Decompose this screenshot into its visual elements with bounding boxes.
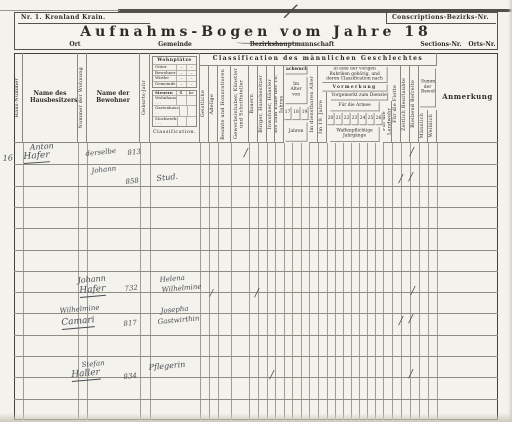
col-bewohner: Name der Bewohner <box>87 53 140 143</box>
steuern-box: Steuern fl. kr. Wohnhaus . . . Gartenhau… <box>152 90 197 127</box>
classification-footer: Classification. <box>150 130 199 136</box>
year-26: 26 <box>376 116 382 121</box>
body-row-line <box>14 207 498 208</box>
years-footer: Waffenpflichtige Jahrgänge <box>330 127 379 142</box>
form-number: Nr. 1. <box>21 14 42 21</box>
dash-value: – <box>186 82 196 87</box>
body-column-line <box>267 143 268 420</box>
blank-cell <box>177 117 187 126</box>
body-column-line <box>292 143 293 420</box>
body-row-line <box>14 164 498 165</box>
blank-cell <box>176 96 186 105</box>
blank-cell <box>186 117 196 126</box>
armee-year-24: 24 <box>359 113 366 125</box>
body-row-line <box>14 399 498 400</box>
body-row-line <box>14 271 498 272</box>
anmerkung-label: Anmerkung <box>442 93 493 101</box>
im-19-jahre-label: Im 19. Jahre <box>319 100 324 134</box>
haus-nummer-label: Haus-Nummer <box>15 78 20 117</box>
body-column-line <box>437 143 438 420</box>
body-row-line <box>14 250 498 251</box>
scan-top-streak-light <box>0 10 120 11</box>
summe-title-label: Summe der Bewohner <box>421 80 434 95</box>
befreite-label: Bleibend Befreite <box>411 80 416 128</box>
header-divider <box>386 12 387 24</box>
body-column-line <box>209 143 210 420</box>
body-column-line <box>87 143 88 420</box>
col-weiblich: Weiblich <box>428 110 437 143</box>
body-column-line <box>419 143 420 420</box>
body-column-line <box>327 143 328 420</box>
body-column-line <box>359 143 360 420</box>
wohnung-nummer-label: Nummer der Wohnung <box>79 67 84 129</box>
blank-cell <box>187 106 196 115</box>
armee-label: Für die Armee <box>338 104 370 109</box>
body-column-line <box>218 143 219 420</box>
body-column-line <box>392 143 393 420</box>
col-geburtsjahr: Geburts-Jahr <box>140 53 150 143</box>
vorgemerkt-header: Vorgemerkt zum Dienste <box>331 93 388 101</box>
armee-header: Für die Armee <box>330 102 379 112</box>
beurlaubte-label: Zeitlich Beurlaubte <box>402 78 407 131</box>
col-inwohner: Inwohner, Häusler <box>267 66 275 143</box>
year-23: 23 <box>352 116 358 121</box>
field-gemeinde: Gemeinde <box>140 41 210 48</box>
gewerbsinhaber-label: Gewerbsinhaber, Künstler und Schriftstel… <box>234 66 245 142</box>
col-gewerbsinhaber: Gewerbsinhaber, Künstler und Schriftstel… <box>231 66 249 143</box>
bauern-label: Bauern <box>250 94 255 114</box>
year-18: 18 <box>293 111 299 116</box>
body-row-line <box>14 377 498 378</box>
armee-year-20: 20 <box>327 113 334 125</box>
armee-year-25: 25 <box>367 113 374 125</box>
buerger-label: Bürger, Hausbesitzer <box>259 75 264 133</box>
scanned-census-form: Nr. 1. Kronland Krain. Conscriptions-Bez… <box>0 0 512 422</box>
body-column-line <box>200 143 201 420</box>
body-column-line <box>140 143 141 420</box>
inwohner-label: Inwohner, Häusler <box>268 79 273 129</box>
col-buerger: Bürger, Hausbesitzer <box>258 66 267 143</box>
field-ort: Ort <box>55 41 95 48</box>
col-landwehr: Für die Landwehr <box>383 101 392 143</box>
body-row-line <box>14 228 498 229</box>
landwehr-label: Für die Landwehr <box>383 101 392 142</box>
body-row-line <box>14 313 498 314</box>
col-beurlaubte: Zeitlich Beurlaubte <box>401 66 410 143</box>
body-column-line <box>78 143 79 420</box>
nachwuchs-unit: Jahren <box>286 122 308 141</box>
nachwuchs-sub: Im Alter von <box>286 77 308 104</box>
crownland-label: Kronland Krain. <box>45 14 106 21</box>
wohnplaetze-title: Wohnplätze <box>153 57 196 64</box>
body-column-line <box>231 143 232 420</box>
dash-value: – <box>176 82 186 87</box>
col-haus-nummer: Haus-Nummer <box>14 53 23 143</box>
col-beamte: Beamte und Honoratioren <box>218 66 231 143</box>
year-21: 21 <box>336 116 342 121</box>
body-column-line <box>383 143 384 420</box>
body-column-line <box>367 143 368 420</box>
steuern-row-label: Wohnhaus . . . <box>153 96 176 105</box>
nachwuchs-sub-label: Im Alter von <box>289 82 303 97</box>
body-row-line <box>14 292 498 293</box>
handwritten-entry: 16 <box>2 153 13 163</box>
beamte-label: Beamte und Honoratioren <box>221 69 226 140</box>
page-edge-right <box>508 0 512 422</box>
form-title: Aufnahms-Bogen vom Jahre 18 <box>14 24 498 40</box>
nachwuchs-title-label: Nachwuchs <box>286 68 308 73</box>
body-column-line <box>335 143 336 420</box>
year-22: 22 <box>344 116 350 121</box>
year-25: 25 <box>368 116 374 121</box>
geistliche-label: Geistliche <box>201 90 206 117</box>
body-row-line <box>14 186 498 187</box>
years-footer-label: Waffenpflichtige Jahrgänge <box>333 129 377 139</box>
vormerkung-line2-label: Vormerkung <box>333 85 377 90</box>
bis-16-label: Bis zum Ende des 16. Jahres <box>275 66 284 142</box>
page-edge-bottom <box>0 413 512 422</box>
steuern-row-label: Stockwerk . . . <box>153 117 177 126</box>
vormerkung-line1-label: In eine der vorigen Rubriken gehörig, un… <box>324 67 386 82</box>
fl-col-label: fl. <box>176 91 186 96</box>
body-column-line <box>258 143 259 420</box>
body-column-line <box>301 143 302 420</box>
hausbesitzer-label: Name des Hausbesitzers <box>30 91 70 105</box>
body-column-line <box>249 143 250 420</box>
wohnplaetze-box: Wohnplätze Güter–– Bewohner–– Wirthe–– G… <box>152 56 197 88</box>
blank-cell <box>179 106 188 115</box>
col-flotte: Für die Flotte <box>392 66 401 143</box>
armee-year-26: 26 <box>375 113 382 125</box>
geburtsjahr-label: Geburts-Jahr <box>142 80 147 115</box>
flotte-label: Für die Flotte <box>393 85 398 123</box>
classification-header: Classification des männlichen Geschlecht… <box>200 53 437 66</box>
body-column-line <box>428 143 429 420</box>
col-bauern: Bauern <box>249 66 258 143</box>
adelige-label: Adelige <box>210 94 215 115</box>
maennlich-label: Männlich <box>420 113 425 138</box>
col-wohnung-nummer: Nummer der Wohnung <box>78 53 87 143</box>
body-column-line <box>410 143 411 420</box>
table-body-grid <box>14 143 498 420</box>
summe-title: Summe der Bewohner <box>420 69 436 108</box>
body-column-line <box>401 143 402 420</box>
conscription-district-label: Conscriptions-Bezirks-Nr. <box>392 14 489 21</box>
body-row-line <box>14 335 498 336</box>
vormerkung-line2: Vormerkung <box>322 84 387 91</box>
vormerkung-line1: In eine der vorigen Rubriken gehörig, un… <box>322 67 387 83</box>
body-column-line <box>375 143 376 420</box>
body-column-line <box>23 143 24 420</box>
col-adelige: Adelige <box>209 66 218 143</box>
col-tauglich: Im dienstbaren Alter <box>309 66 318 143</box>
vorgemerkt-label: Vorgemerkt zum Dienste <box>331 94 386 99</box>
tauglich-label: Im dienstbaren Alter <box>310 76 315 133</box>
armee-year-22: 22 <box>343 113 350 125</box>
body-column-line <box>309 143 310 420</box>
col-infobox: Wohnplätze Güter–– Bewohner–– Wirthe–– G… <box>150 53 200 143</box>
col-geistliche: Geistliche <box>200 66 209 143</box>
year-20: 20 <box>328 116 334 121</box>
body-column-line <box>150 143 151 420</box>
wohnplaetze-row-label: Gemeinde <box>153 82 176 87</box>
nachwuchs-year-18: 18 <box>293 107 301 120</box>
col-bis-16: Bis zum Ende des 16. Jahres <box>275 66 284 143</box>
body-column-line <box>275 143 276 420</box>
bewohner-label: Name der Bewohner <box>96 91 130 105</box>
armee-year-21: 21 <box>335 113 342 125</box>
field-bezirkshauptmannschaft: Bezirkshauptmannschaft <box>232 41 352 48</box>
blank-cell <box>186 96 196 105</box>
year-19: 19 <box>302 111 308 116</box>
kr-col-label: kr. <box>186 91 196 96</box>
nachwuchs-title: Nachwuchs <box>286 67 308 75</box>
col-maennlich: Männlich <box>419 110 428 143</box>
body-column-line <box>318 143 319 420</box>
body-column-line <box>343 143 344 420</box>
col-anmerkung: Anmerkung <box>437 53 498 143</box>
body-column-line <box>351 143 352 420</box>
classification-header-label: Classification des männlichen Geschlecht… <box>213 56 424 63</box>
weiblich-label: Weiblich <box>429 114 434 137</box>
year-24: 24 <box>360 116 366 121</box>
field-orts-nr: Orts-Nr. <box>460 41 504 48</box>
col-im-19-jahre: Im 19. Jahre <box>318 92 327 143</box>
armee-year-23: 23 <box>351 113 358 125</box>
nachwuchs-year-19: 19 <box>301 107 308 120</box>
steuern-row-label: Gartenhaus . . <box>153 106 179 115</box>
body-row-line <box>14 356 498 357</box>
body-column-line <box>284 143 285 420</box>
nachwuchs-year-17: 17 <box>284 107 291 120</box>
col-befreite: Bleibend Befreite <box>410 66 419 143</box>
col-hausbesitzer: Name des Hausbesitzers <box>23 53 78 143</box>
jahren-label: Jahren <box>289 129 304 134</box>
year-17: 17 <box>285 111 291 116</box>
